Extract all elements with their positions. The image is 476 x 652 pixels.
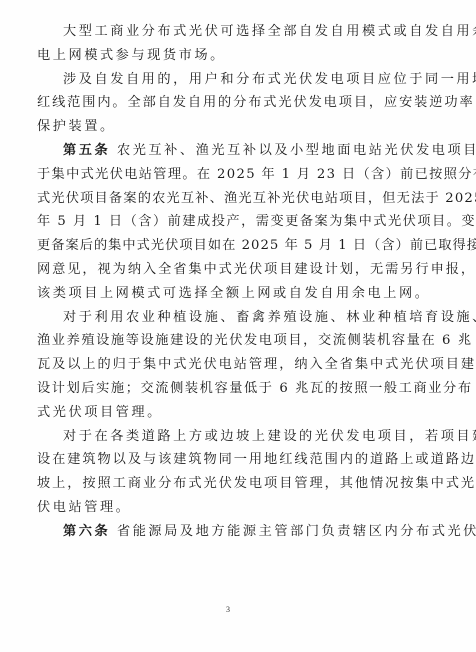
text-line: 坡上，按照工商业分布式光伏发电项目管理，其他情况按集中式光	[37, 472, 427, 496]
text-line: 农光互补、渔光互补以及小型地面电站光伏发电项目归	[110, 143, 476, 158]
text-line: 瓦及以上的归于集中式光伏电站管理，纳入全省集中式光伏项目建	[37, 353, 427, 377]
text-line: 于集中式光伏电站管理。在 2025 年 1 月 23 日（含）前已按照分布	[37, 163, 427, 187]
article-5-label: 第五条	[63, 143, 110, 158]
text-line: 对于在各类道路上方或边坡上建设的光伏发电项目，若项目建	[37, 425, 427, 449]
text-line: 涉及自发自用的，用户和分布式光伏发电项目应位于同一用地	[37, 68, 427, 92]
article-6-label: 第六条	[63, 524, 110, 539]
text-line: 伏电站管理。	[37, 496, 427, 520]
document-body: 大型工商业分布式光伏可选择全部自发自用模式或自发自用余 电上网模式参与现货市场。…	[37, 20, 427, 544]
text-line: 电上网模式参与现货市场。	[37, 44, 427, 68]
text-line: 对于利用农业种植设施、畜禽养殖设施、林业种植培育设施、	[37, 306, 427, 330]
text-line: 该类项目上网模式可选择全额上网或自发自用余电上网。	[37, 282, 427, 306]
article-6-heading-line: 第六条 省能源局及地方能源主管部门负责辖区内分布式光伏	[37, 520, 427, 544]
text-line: 大型工商业分布式光伏可选择全部自发自用模式或自发自用余	[37, 20, 427, 44]
text-line: 年 5 月 1 日（含）前建成投产，需变更备案为集中式光伏项目。变	[37, 210, 427, 234]
text-line: 保护装置。	[37, 115, 427, 139]
text-line: 渔业养殖设施等设施建设的光伏发电项目，交流侧装机容量在 6 兆	[37, 329, 427, 353]
text-line: 更备案后的集中式光伏项目如在 2025 年 5 月 1 日（含）前已取得接	[37, 234, 427, 258]
text-line: 式光伏项目管理。	[37, 401, 427, 425]
page-number: 3	[223, 605, 233, 614]
text-line: 红线范围内。全部自发自用的分布式光伏发电项目，应安装逆功率	[37, 91, 427, 115]
text-line: 设计划后实施；交流侧装机容量低于 6 兆瓦的按照一般工商业分布	[37, 377, 427, 401]
text-line: 省能源局及地方能源主管部门负责辖区内分布式光伏	[110, 524, 476, 539]
text-line: 设在建筑物以及与该建筑物同一用地红线范围内的道路上或道路边	[37, 448, 427, 472]
text-line: 网意见，视为纳入全省集中式光伏项目建设计划，无需另行申报，	[37, 258, 427, 282]
document-page: 大型工商业分布式光伏可选择全部自发自用模式或自发自用余 电上网模式参与现货市场。…	[0, 0, 476, 652]
article-5-heading-line: 第五条 农光互补、渔光互补以及小型地面电站光伏发电项目归	[37, 139, 427, 163]
text-line: 式光伏项目备案的农光互补、渔光互补光伏电站项目，但无法于 2025	[37, 187, 427, 211]
